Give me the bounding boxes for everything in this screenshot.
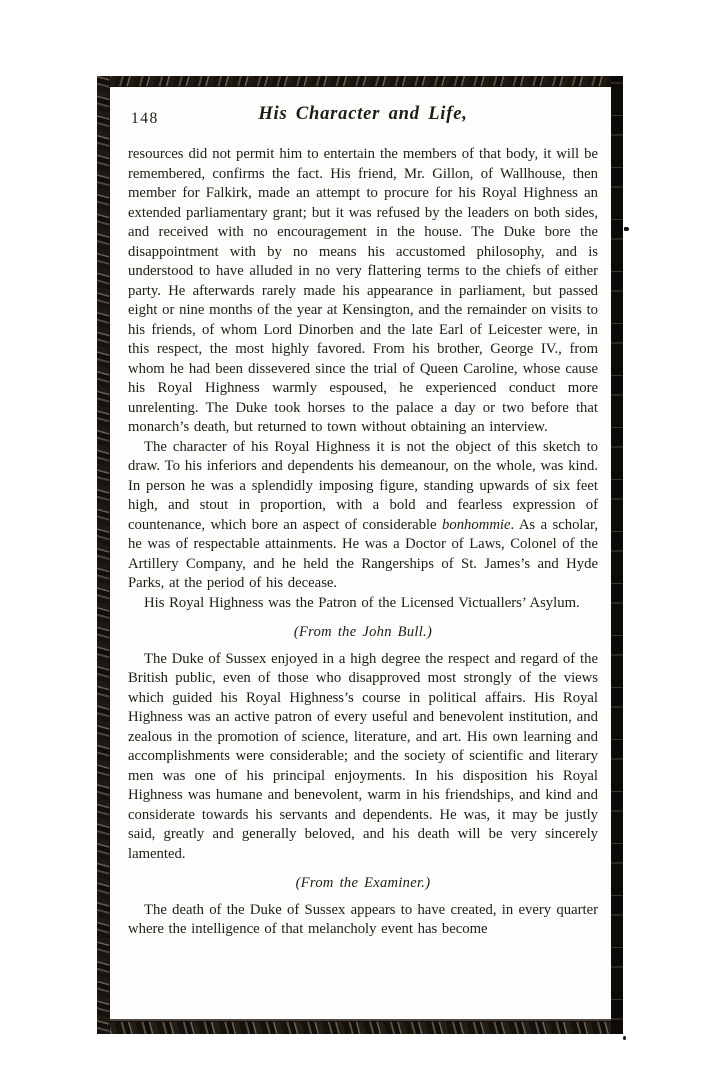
scanned-page: 148 His Character and Life, resources di…: [0, 0, 716, 1082]
page-border-right: [611, 76, 623, 1034]
running-title: His Character and Life,: [128, 104, 598, 125]
page-header: 148 His Character and Life,: [128, 104, 598, 138]
paragraph: His Royal Highness was the Patron of the…: [128, 594, 598, 614]
page-border-bottom: [97, 1019, 623, 1034]
page-border-top: [97, 76, 623, 87]
paragraph: The Duke of Sussex enjoyed in a high deg…: [128, 650, 598, 865]
paragraph: The death of the Duke of Sussex appears …: [128, 901, 598, 940]
text-blocks: resources did not permit him to entertai…: [128, 145, 598, 940]
paragraph: The character of his Royal Highness it i…: [128, 438, 598, 594]
page-border-left: [97, 76, 110, 1034]
paragraph: resources did not permit him to entertai…: [128, 145, 598, 438]
book-page: 148 His Character and Life, resources di…: [97, 76, 623, 1034]
source-heading: (From the John Bull.): [128, 623, 598, 643]
page-content: 148 His Character and Life, resources di…: [128, 88, 598, 1016]
ink-speck: [623, 1036, 626, 1040]
ink-speck: [624, 227, 629, 231]
source-heading: (From the Examiner.): [128, 874, 598, 894]
